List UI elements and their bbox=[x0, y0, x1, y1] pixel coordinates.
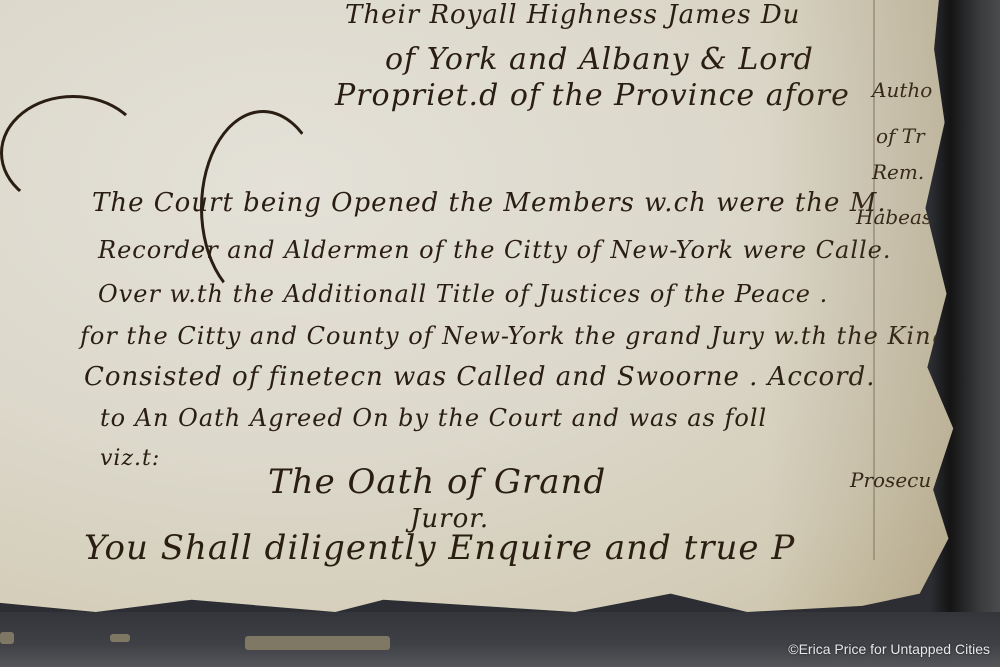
paper-fragment bbox=[110, 634, 130, 642]
manuscript-line: Propriet.d of the Province afore bbox=[335, 78, 850, 113]
margin-note: Habeas bbox=[856, 205, 932, 229]
manuscript-line: for the Citty and County of New-York the… bbox=[80, 322, 948, 350]
paper-fold-crease bbox=[873, 0, 875, 560]
manuscript-line: Consisted of finetecn was Called and Swo… bbox=[84, 362, 876, 392]
margin-note: Prosecu bbox=[850, 468, 931, 492]
calligraphic-flourish bbox=[0, 95, 146, 211]
paper-fragment bbox=[245, 636, 390, 650]
display-tray bbox=[0, 612, 1000, 667]
manuscript-line: Over w.th the Additionall Title of Justi… bbox=[98, 280, 828, 308]
margin-note: Rem. bbox=[872, 160, 924, 184]
manuscript-line: viz.t: bbox=[100, 446, 160, 471]
oath-heading-sub: Juror. bbox=[410, 504, 489, 534]
oath-heading: The Oath of Grand bbox=[268, 462, 606, 502]
margin-note: of Tr bbox=[876, 124, 925, 148]
manuscript-line: The Court being Opened the Members w.ch … bbox=[92, 188, 887, 218]
calligraphic-flourish bbox=[200, 110, 326, 306]
manuscript-line: to An Oath Agreed On by the Court and wa… bbox=[100, 404, 767, 432]
manuscript-line: Recorder and Aldermen of the Citty of Ne… bbox=[98, 236, 892, 264]
manuscript-line: of York and Albany & Lord bbox=[385, 42, 814, 77]
margin-note: Autho bbox=[872, 78, 932, 102]
photo-credit: ©Erica Price for Untapped Cities bbox=[788, 641, 990, 657]
manuscript-page: Their Royall Highness James Du of York a… bbox=[0, 0, 958, 612]
manuscript-line: You Shall diligently Enquire and true P bbox=[84, 528, 795, 568]
paper-fragment bbox=[0, 632, 14, 644]
manuscript-line: Their Royall Highness James Du bbox=[345, 0, 800, 30]
